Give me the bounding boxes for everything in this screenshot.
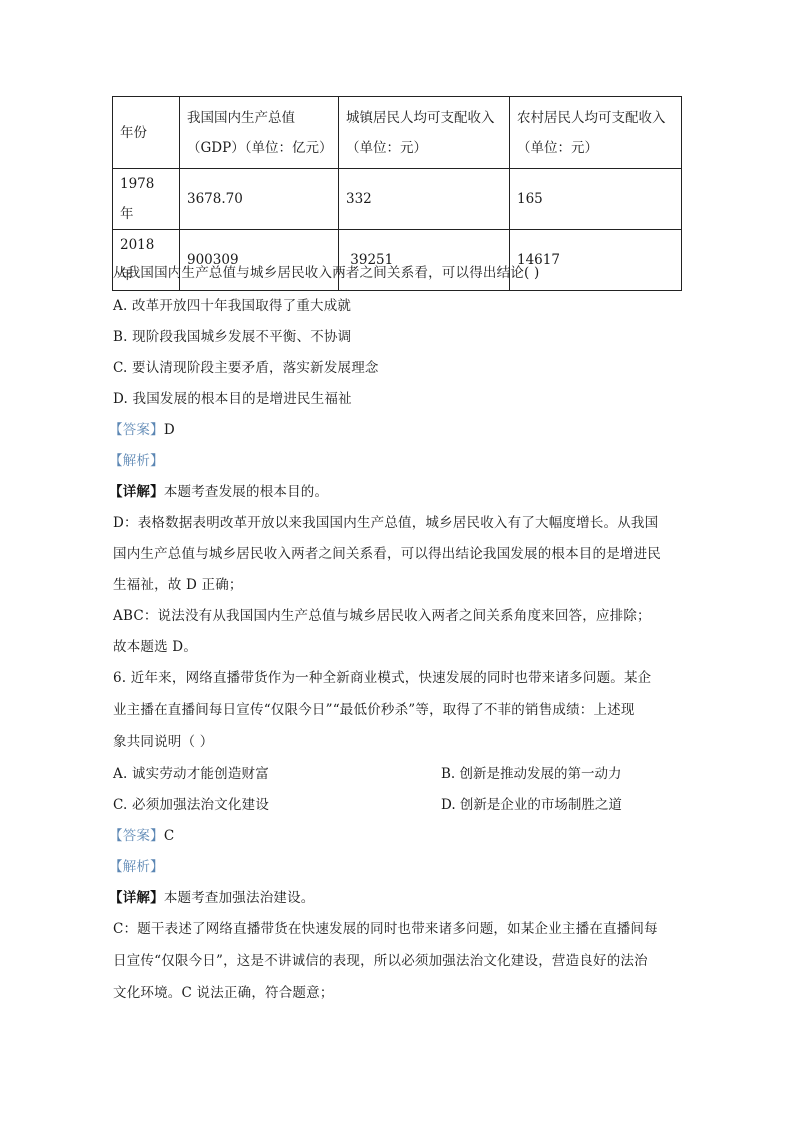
- analysis-label: 【解析】: [109, 859, 164, 875]
- table-cell: 165: [510, 169, 682, 230]
- header-unit: （GDP）（单位：亿元）: [187, 140, 332, 156]
- document-page: 年份 我国国内生产总值（GDP）（单位：亿元） 城镇居民人均可支配收入（单位：元…: [0, 0, 793, 1122]
- q6-option-b: B. 创新是推动发展的第一动力: [441, 762, 622, 782]
- q5-explanation-line: 国内生产总值与城乡居民收入两者之间关系看，可以得出结论我国发展的根本目的是增进民: [113, 542, 661, 562]
- answer-value: D: [164, 422, 175, 438]
- header-cell-year: 年份: [113, 97, 180, 169]
- table-cell: 39251: [339, 230, 510, 291]
- table-cell: 900309: [180, 230, 339, 291]
- q6-explanation-line: 日宣传“仅限今日”，这是不讲诚信的表现，所以必须加强法治文化建设，营造良好的法治: [113, 949, 648, 969]
- table-cell: 1978 年: [113, 169, 180, 230]
- header-text: 农村居民人均可支配收入: [517, 110, 666, 126]
- q5-explanation-line: ABC：说法没有从我国国内生产总值与城乡居民收入两者之间关系角度来回答，应排除；: [113, 604, 651, 624]
- q6-stem-line: 象共同说明（ ）: [113, 730, 213, 750]
- q5-stem: 从我国国内生产总值与城乡居民收入两者之间关系看，可以得出结论( ): [113, 261, 539, 281]
- header-unit: （单位：元）: [517, 140, 598, 156]
- header-unit: （单位：元）: [346, 140, 427, 156]
- q6-stem-line: 6. 近年来，网络直播带货作为一种全新商业模式，快速发展的同时也带来诸多问题。某…: [113, 666, 651, 686]
- q5-explanation-line: 生福祉，故 D 正确；: [113, 573, 243, 593]
- header-cell-rural-income: 农村居民人均可支配收入（单位：元）: [510, 97, 682, 169]
- detail-label: 【详解】: [109, 484, 164, 500]
- q6-answer: 【答案】C: [109, 824, 174, 844]
- table-header-row: 年份 我国国内生产总值（GDP）（单位：亿元） 城镇居民人均可支配收入（单位：元…: [113, 97, 682, 169]
- q5-explanation-line: 故本题选 D。: [113, 635, 197, 655]
- header-text: 城镇居民人均可支配收入: [346, 110, 495, 126]
- table-row: 1978 年 3678.70 332 165: [113, 169, 682, 230]
- answer-value: C: [164, 828, 175, 844]
- q5-detail: 【详解】本题考查发展的根本目的。: [109, 480, 328, 500]
- detail-label: 【详解】: [109, 890, 164, 906]
- q5-analysis-heading: 【解析】: [109, 449, 164, 469]
- table-row: 2018 年 900309 39251 14617: [113, 230, 682, 291]
- answer-label: 【答案】: [109, 422, 164, 438]
- header-cell-gdp: 我国国内生产总值（GDP）（单位：亿元）: [180, 97, 339, 169]
- table-cell: 14617: [510, 230, 682, 291]
- q6-stem-line: 业主播在直播间每日宣传“仅限今日”“最低价秒杀”等，取得了不菲的销售成绩：上述现: [113, 698, 635, 718]
- q6-option-c: C. 必须加强法治文化建设: [113, 793, 269, 813]
- table-cell: 332: [339, 169, 510, 230]
- q5-option-a: A. 改革开放四十年我国取得了重大成就: [113, 294, 351, 314]
- table-cell: 3678.70: [180, 169, 339, 230]
- q6-detail: 【详解】本题考查加强法治建设。: [109, 886, 315, 906]
- header-cell-urban-income: 城镇居民人均可支配收入（单位：元）: [339, 97, 510, 169]
- q5-option-b: B. 现阶段我国城乡发展不平衡、不协调: [113, 325, 351, 345]
- answer-label: 【答案】: [109, 828, 164, 844]
- header-text: 我国国内生产总值: [187, 110, 295, 126]
- table-cell: 2018 年: [113, 230, 180, 291]
- q5-option-c: C. 要认清现阶段主要矛盾，落实新发展理念: [113, 356, 379, 376]
- q6-explanation-line: 文化环境。C 说法正确，符合题意；: [113, 981, 334, 1001]
- q6-analysis-heading: 【解析】: [109, 855, 164, 875]
- analysis-label: 【解析】: [109, 453, 164, 469]
- header-text: 年份: [120, 125, 147, 141]
- q5-answer: 【答案】D: [109, 418, 175, 438]
- q5-option-d: D. 我国发展的根本目的是增进民生福祉: [113, 387, 352, 407]
- q6-explanation-line: C：题干表述了网络直播带货在快速发展的同时也带来诸多问题，如某企业主播在直播间每: [113, 917, 658, 937]
- detail-text: 本题考查发展的根本目的。: [164, 484, 328, 500]
- detail-text: 本题考查加强法治建设。: [164, 890, 315, 906]
- q5-explanation-line: D：表格数据表明改革开放以来我国国内生产总值，城乡居民收入有了大幅度增长。从我国: [113, 511, 658, 531]
- q6-option-a: A. 诚实劳动才能创造财富: [113, 762, 269, 782]
- q6-option-d: D. 创新是企业的市场制胜之道: [441, 793, 622, 813]
